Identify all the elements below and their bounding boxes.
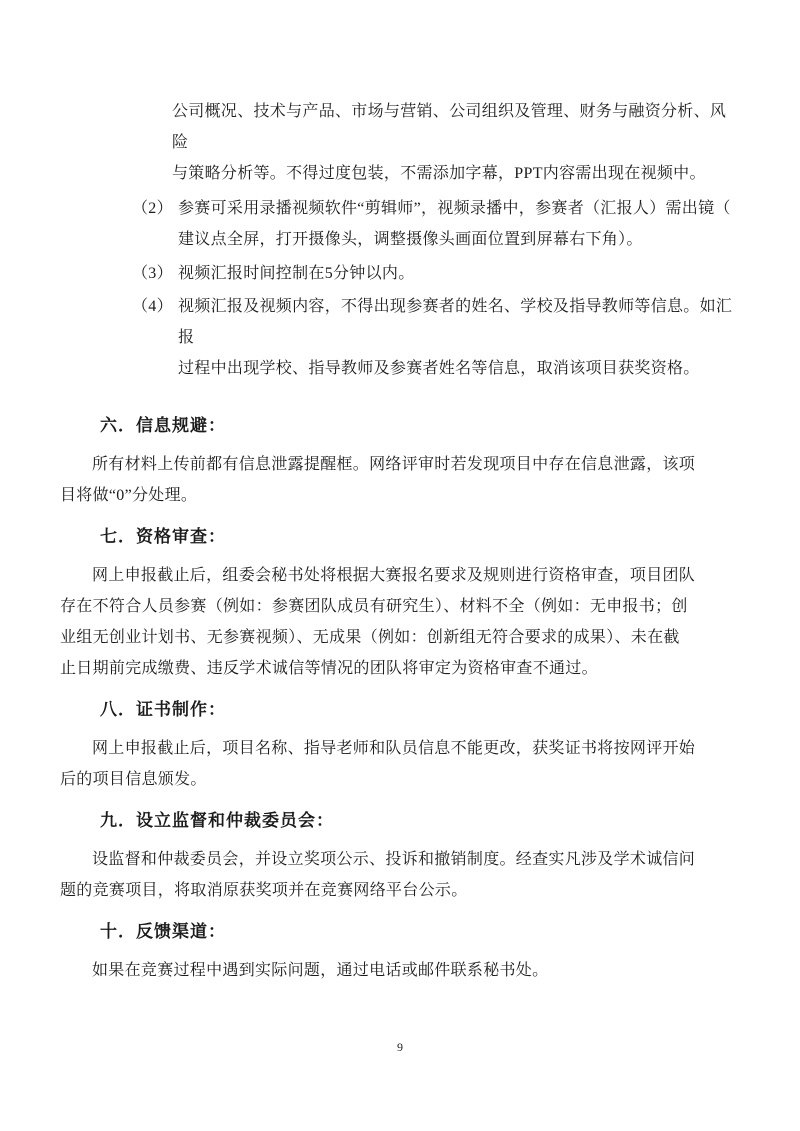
page-number: 9 (0, 1040, 800, 1055)
section-heading-supervision-arbitration-committee: 九．设立监督和仲裁委员会： (100, 805, 740, 836)
section-paragraph-supervision-arbitration-committee: 设监督和仲裁委员会，并设立奖项公示、投诉和撤销制度。经查实凡涉及学术诚信问 题的… (60, 844, 740, 906)
document-content: 公司概况、技术与产品、市场与营销、公司组织及管理、财务与融资分析、风险 与策略分… (0, 0, 800, 986)
section-paragraph-feedback-channel: 如果在竞赛过程中遇到实际问题，通过电话或邮件联系秘书处。 (60, 955, 740, 986)
section-heading-qualification-review: 七．资格审查： (100, 521, 740, 552)
document-page: 公司概况、技术与产品、市场与营销、公司组织及管理、财务与融资分析、风险 与策略分… (0, 0, 800, 1131)
list-item-2: （2） 参赛可采用录播视频软件“剪辑师”，视频录播中，参赛者（汇报人）需出镜（ … (60, 193, 740, 255)
list-item-4: （4） 视频汇报及视频内容，不得出现参赛者的姓名、学校及指导教师等信息。如汇报 … (60, 291, 740, 384)
list-item-1-continuation-text: 公司概况、技术与产品、市场与营销、公司组织及管理、财务与融资分析、风险 与策略分… (172, 96, 740, 189)
list-item-4-text: 视频汇报及视频内容，不得出现参赛者的姓名、学校及指导教师等信息。如汇报 过程中出… (178, 291, 740, 384)
section-paragraph-certificate-production: 网上申报截止后，项目名称、指导老师和队员信息不能更改，获奖证书将按网评开始 后的… (60, 733, 740, 795)
list-item-2-text: 参赛可采用录播视频软件“剪辑师”，视频录播中，参赛者（汇报人）需出镜（ 建议点全… (178, 193, 740, 255)
section-heading-certificate-production: 八．证书制作： (100, 694, 740, 725)
section-paragraph-qualification-review: 网上申报截止后，组委会秘书处将根据大赛报名要求及规则进行资格审查，项目团队 存在… (60, 560, 740, 684)
list-item-2-number: （2） (132, 193, 173, 224)
list-item-3-number: （3） (132, 258, 173, 289)
list-item-3-text: 视频汇报时间控制在5分钟以内。 (178, 258, 740, 289)
section-heading-information-avoidance: 六．信息规避： (100, 410, 740, 441)
section-heading-feedback-channel: 十．反馈渠道： (100, 916, 740, 947)
section-paragraph-information-avoidance: 所有材料上传前都有信息泄露提醒框。网络评审时若发现项目中存在信息泄露，该项 目将… (60, 449, 740, 511)
list-item-4-number: （4） (132, 291, 173, 322)
list-item-3: （3） 视频汇报时间控制在5分钟以内。 (60, 258, 740, 289)
